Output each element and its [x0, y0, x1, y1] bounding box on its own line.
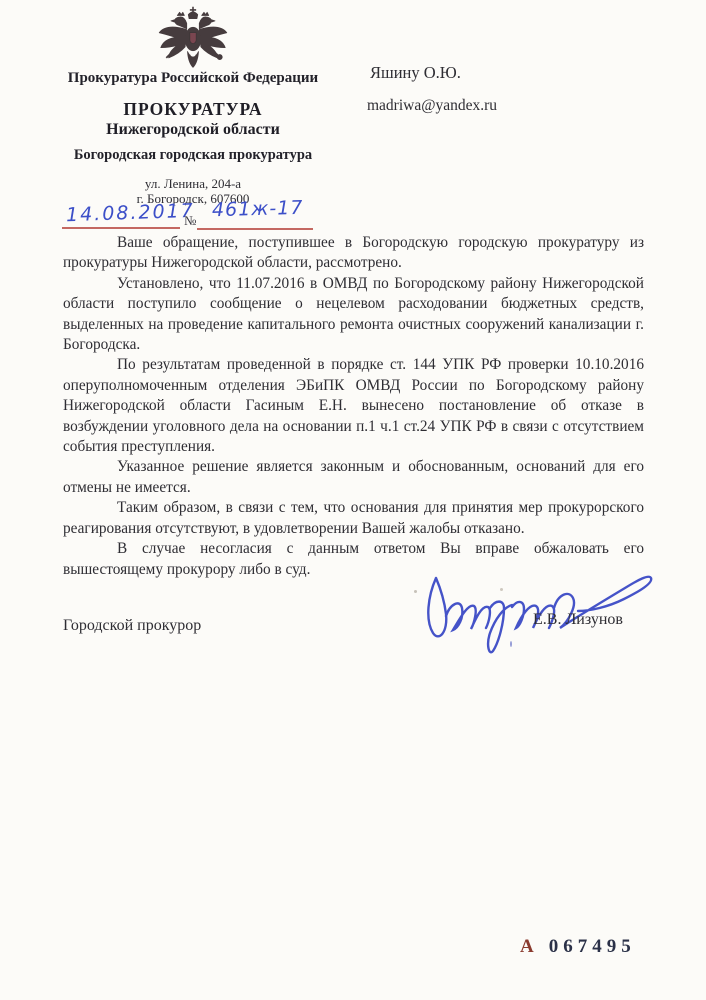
- org-unit-name: Богородская городская прокуратура: [40, 147, 346, 164]
- number-underline: [197, 228, 313, 230]
- org-name-line2: Нижегородской области: [40, 121, 346, 139]
- date-underline: [62, 227, 180, 229]
- handwritten-date: 14.08.2017: [66, 200, 195, 226]
- russian-coat-of-arms-icon: [150, 6, 236, 72]
- paragraph-4: Указанное решение является законным и об…: [63, 457, 644, 498]
- org-parent-name: Прокуратура Российской Федерации: [40, 70, 346, 87]
- paragraph-2: Установлено, что 11.07.2016 в ОМВД по Бо…: [63, 274, 644, 356]
- addressee-name: Яшину О.Ю.: [370, 63, 461, 83]
- form-serial-number: А067495: [520, 936, 636, 958]
- scan-speckle: [414, 590, 417, 593]
- org-address-street: ул. Ленина, 204-а: [40, 176, 346, 192]
- paragraph-1: Ваше обращение, поступившее в Богородску…: [63, 233, 644, 274]
- scan-speckle: [500, 588, 503, 591]
- number-sign: №: [184, 213, 196, 229]
- addressee-email: madriwa@yandex.ru: [367, 97, 497, 115]
- letter-body: Ваше обращение, поступившее в Богородску…: [63, 233, 644, 580]
- handwritten-outgoing-number: 461ж-17: [212, 197, 304, 221]
- handwritten-signature-icon: [420, 558, 660, 656]
- scan-speckle: [510, 641, 512, 647]
- serial-digits: 067495: [549, 936, 636, 957]
- org-name-line1: ПРОКУРАТУРА: [40, 99, 346, 120]
- paragraph-3: По результатам проведенной в порядке ст.…: [63, 355, 644, 457]
- serial-series-letter: А: [520, 936, 539, 957]
- signer-name: Е.В. Лизунов: [533, 611, 623, 629]
- signer-title: Городской прокурор: [63, 617, 201, 635]
- paragraph-5: Таким образом, в связи с тем, что основа…: [63, 498, 644, 539]
- scanned-letter-page: Прокуратура Российской Федерации ПРОКУРА…: [0, 0, 706, 1000]
